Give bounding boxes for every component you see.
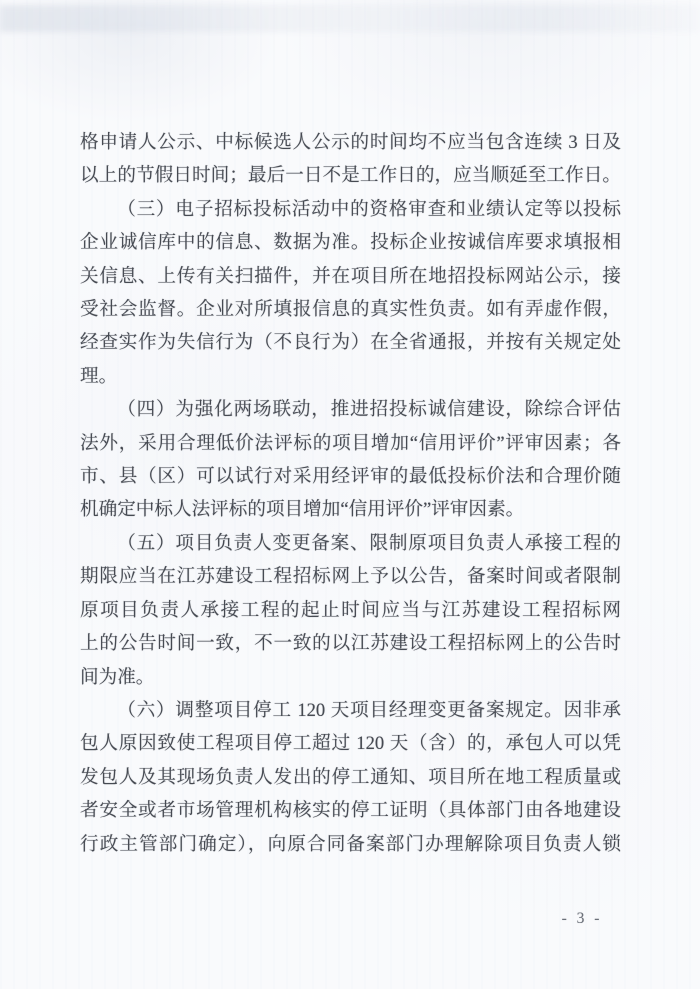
text-line: 者安全或者市场管理机构核实的停工证明（具体部门由各地建设 — [80, 794, 621, 827]
text-line: 原项目负责人承接工程的起止时间应当与江苏建设工程招标网 — [80, 594, 621, 627]
text-line: 间为准。 — [80, 661, 621, 694]
text-line: （六）调整项目停工 120 天项目经理变更备案规定。因非承 — [80, 694, 621, 727]
text-line: 关信息、上传有关扫描件，并在项目所在地招投标网站公示，接 — [80, 260, 621, 293]
text-line: 企业诚信库中的信息、数据为准。投标企业按诚信库要求填报相 — [80, 226, 621, 259]
document-body: 格申请人公示、中标候选人公示的时间均不应当包含连续 3 日及以上的节假日时间；最… — [80, 126, 621, 861]
para-item-6: （六）调整项目停工 120 天项目经理变更备案规定。因非承包人原因致使工程项目停… — [80, 694, 621, 861]
scan-edge-band — [0, 5, 700, 32]
text-line: 经查实作为失信行为（不良行为）在全省通报，并按有关规定处 — [80, 326, 621, 359]
text-line: 以上的节假日时间；最后一日不是工作日的，应当顺延至工作日。 — [80, 159, 621, 192]
para-item-5: （五）项目负责人变更备案、限制原项目负责人承接工程的期限应当在江苏建设工程招标网… — [80, 527, 621, 694]
text-line: 理。 — [80, 360, 621, 393]
text-line: 发包人及其现场负责人发出的停工通知、项目所在地工程质量或 — [80, 761, 621, 794]
text-line: 行政主管部门确定），向原合同备案部门办理解除项目负责人锁 — [80, 828, 621, 861]
para-item-3: （三）电子招标投标活动中的资格审查和业绩认定等以投标企业诚信库中的信息、数据为准… — [80, 193, 621, 393]
para-item-4: （四）为强化两场联动，推进招投标诚信建设，除综合评估法外，采用合理低价法评标的项… — [80, 393, 621, 527]
text-line: 受社会监督。企业对所填报信息的真实性负责。如有弄虚作假， — [80, 293, 621, 326]
text-line: 包人原因致使工程项目停工超过 120 天（含）的，承包人可以凭 — [80, 727, 621, 760]
text-line: （五）项目负责人变更备案、限制原项目负责人承接工程的 — [80, 527, 621, 560]
text-line: 上的公告时间一致，不一致的以江苏建设工程招标网上的公告时 — [80, 627, 621, 660]
text-line: 机确定中标人法评标的项目增加“信用评价”评审因素。 — [80, 493, 621, 526]
page-number: - 3 - — [538, 910, 626, 928]
text-line: 市、县（区）可以试行对采用经评审的最低投标价法和合理价随 — [80, 460, 621, 493]
text-line: 期限应当在江苏建设工程招标网上予以公告，备案时间或者限制 — [80, 560, 621, 593]
text-line: （四）为强化两场联动，推进招投标诚信建设，除综合评估 — [80, 393, 621, 426]
para-continuation: 格申请人公示、中标候选人公示的时间均不应当包含连续 3 日及以上的节假日时间；最… — [80, 126, 621, 193]
text-line: 格申请人公示、中标候选人公示的时间均不应当包含连续 3 日及 — [80, 126, 621, 159]
text-line: 法外，采用合理低价法评标的项目增加“信用评价”评审因素；各 — [80, 427, 621, 460]
text-line: （三）电子招标投标活动中的资格审查和业绩认定等以投标 — [80, 193, 621, 226]
